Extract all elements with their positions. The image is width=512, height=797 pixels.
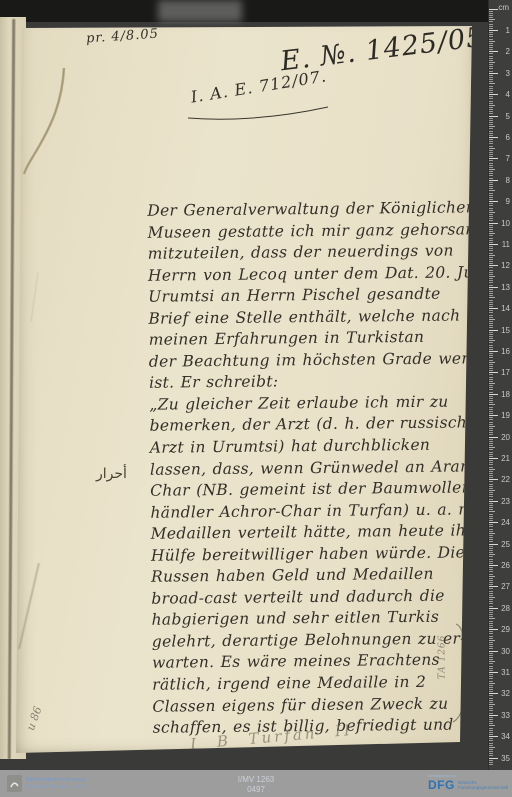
ruler-tick xyxy=(489,83,495,84)
ruler-tick xyxy=(489,287,498,288)
ruler-tick xyxy=(489,267,493,268)
ruler-tick xyxy=(489,325,493,326)
ruler-tick xyxy=(489,655,493,656)
ruler-tick xyxy=(489,321,493,322)
ruler-number: 12 xyxy=(501,261,510,270)
paper-crease xyxy=(31,272,39,322)
ruler-tick xyxy=(489,165,493,166)
ruler-tick xyxy=(489,702,493,703)
ruler-tick xyxy=(489,689,493,690)
ruler-tick xyxy=(489,550,493,551)
ruler-tick xyxy=(489,402,493,403)
ruler-tick xyxy=(489,633,493,634)
ruler-tick xyxy=(489,678,493,679)
ruler-tick xyxy=(489,342,493,343)
ruler-tick xyxy=(489,535,493,536)
ruler-tick xyxy=(489,616,493,617)
ruler-tick xyxy=(489,486,493,487)
ruler-tick xyxy=(489,507,493,508)
ruler-tick xyxy=(489,351,498,352)
ruler-tick xyxy=(489,377,493,378)
ruler-tick xyxy=(489,261,493,262)
ruler-tick xyxy=(489,368,493,369)
ruler-tick xyxy=(489,66,493,67)
ruler-tick xyxy=(489,434,493,435)
letter-line: Brief eine Stelle enthält, welche nach xyxy=(148,305,482,330)
ruler-tick xyxy=(489,462,493,463)
ruler-tick xyxy=(489,347,493,348)
ruler-scale: cm 1234567891011121314151617181920212223… xyxy=(488,0,512,770)
ruler-tick xyxy=(489,148,495,149)
ruler-tick xyxy=(489,693,498,694)
ruler-number: 9 xyxy=(506,197,510,206)
ruler-tick xyxy=(489,653,493,654)
ruler-tick xyxy=(489,531,493,532)
ruler-tick xyxy=(489,101,493,102)
ruler-tick xyxy=(489,244,498,245)
ruler-tick xyxy=(489,64,493,65)
ruler-tick xyxy=(489,732,493,733)
ruler-tick xyxy=(489,404,495,405)
ruler-tick xyxy=(489,274,493,275)
background-top-strip xyxy=(0,0,512,22)
letter-line: bemerken, der Arzt (d. h. der russische xyxy=(149,413,483,438)
ruler-number: 2 xyxy=(506,47,510,56)
ruler-tick xyxy=(489,565,498,566)
ruler-tick xyxy=(489,430,493,431)
ruler-tick xyxy=(489,315,493,316)
ruler-tick xyxy=(489,593,493,594)
ruler-tick xyxy=(489,666,493,667)
ruler-tick xyxy=(489,599,493,600)
ruler-tick xyxy=(489,509,493,510)
ruler-tick xyxy=(489,432,493,433)
ruler-tick xyxy=(489,188,493,189)
ruler-tick xyxy=(489,178,493,179)
ruler-tick xyxy=(489,19,495,20)
ruler-tick xyxy=(489,625,493,626)
ruler-tick xyxy=(489,464,493,465)
ruler-tick xyxy=(489,591,493,592)
ruler-tick xyxy=(489,522,498,523)
ruler-tick xyxy=(489,646,493,647)
ruler-tick xyxy=(489,190,495,191)
ruler-tick xyxy=(489,409,493,410)
letter-line: mitzuteilen, dass der neuerdings von xyxy=(148,240,482,265)
ruler-tick xyxy=(489,563,493,564)
ruler-tick xyxy=(489,608,498,609)
ruler-number: 5 xyxy=(506,112,510,121)
ruler-tick xyxy=(489,319,495,320)
ruler-tick xyxy=(489,53,493,54)
background-fabric-patch xyxy=(158,0,242,22)
ruler-tick xyxy=(489,345,493,346)
ruler-tick xyxy=(489,621,493,622)
ruler-tick xyxy=(489,426,495,427)
ruler-tick xyxy=(489,193,493,194)
ruler-tick xyxy=(489,11,493,12)
ruler-tick xyxy=(489,41,495,42)
ruler-tick xyxy=(489,381,493,382)
ruler-tick xyxy=(489,17,493,18)
ruler-tick xyxy=(489,400,493,401)
ruler-tick xyxy=(489,355,493,356)
ruler-tick xyxy=(489,103,493,104)
ruler-tick xyxy=(489,603,493,604)
ruler-tick xyxy=(489,597,495,598)
ruler-tick xyxy=(489,9,498,10)
ruler-tick xyxy=(489,28,493,29)
ruler-tick xyxy=(489,488,493,489)
binding-thread xyxy=(14,62,84,212)
ruler-tick xyxy=(489,469,495,470)
ruler-tick xyxy=(489,706,493,707)
ruler-tick xyxy=(489,43,493,44)
ruler-tick xyxy=(489,638,493,639)
ruler-tick xyxy=(489,353,493,354)
ruler-tick xyxy=(489,717,493,718)
ruler-tick xyxy=(489,285,493,286)
ruler-tick xyxy=(489,235,493,236)
ruler-tick xyxy=(489,629,498,630)
ruler-tick xyxy=(489,180,498,181)
ruler-tick xyxy=(489,753,493,754)
ruler-tick xyxy=(489,372,498,373)
ruler-tick xyxy=(489,336,493,337)
letter-page: pr. 4/8.05 E. №. 1425/05 I. A. E. 712/07… xyxy=(14,22,474,755)
ruler-tick xyxy=(489,627,493,628)
ruler-tick xyxy=(489,674,493,675)
ruler-number: 3 xyxy=(506,69,510,78)
ruler-tick xyxy=(489,588,493,589)
ruler-tick xyxy=(489,490,495,491)
ruler-tick xyxy=(489,308,498,309)
ruler-tick xyxy=(489,210,493,211)
ruler-tick xyxy=(489,152,493,153)
ruler-tick xyxy=(489,663,493,664)
ruler-tick xyxy=(489,60,493,61)
ruler-tick xyxy=(489,195,493,196)
ruler-tick xyxy=(489,291,493,292)
ruler-tick xyxy=(489,300,493,301)
ruler-tick xyxy=(489,651,498,652)
ruler-tick xyxy=(489,137,498,138)
ruler-tick xyxy=(489,683,495,684)
ruler-tick xyxy=(489,205,493,206)
ruler-tick xyxy=(489,30,498,31)
ruler-tick xyxy=(489,186,493,187)
ruler-tick xyxy=(489,86,493,87)
ruler-tick xyxy=(489,481,493,482)
ruler-tick xyxy=(489,295,493,296)
ruler-tick xyxy=(489,708,493,709)
ruler-tick xyxy=(489,496,493,497)
ruler-tick xyxy=(489,424,493,425)
ruler-tick xyxy=(489,182,493,183)
ruler-number: 1 xyxy=(506,26,510,35)
ruler-tick xyxy=(489,548,493,549)
ruler-tick xyxy=(489,443,493,444)
ruler-tick xyxy=(489,413,493,414)
ruler-tick xyxy=(489,411,493,412)
ruler-tick xyxy=(489,661,495,662)
ruler-tick xyxy=(489,499,493,500)
ruler-tick xyxy=(489,146,493,147)
ruler-tick xyxy=(489,139,493,140)
ruler-unit-label: cm xyxy=(498,3,509,12)
ruler-tick xyxy=(489,559,493,560)
ruler-tick xyxy=(489,238,493,239)
ruler-tick xyxy=(489,644,493,645)
ruler-tick xyxy=(489,428,493,429)
ruler-tick xyxy=(489,362,495,363)
ruler-tick xyxy=(489,567,493,568)
ruler-number: 33 xyxy=(501,711,510,720)
ruler-tick xyxy=(489,302,493,303)
ruler-tick xyxy=(489,392,493,393)
ruler-number: 13 xyxy=(501,283,510,292)
ruler-tick xyxy=(489,272,493,273)
shelfmark-block: I/MV 1263 0497 xyxy=(238,775,274,795)
ruler-tick xyxy=(489,173,493,174)
ruler-number: 27 xyxy=(501,582,510,591)
ruler-tick xyxy=(489,648,493,649)
ruler-tick xyxy=(489,441,493,442)
ruler-tick xyxy=(489,554,495,555)
ruler-tick xyxy=(489,526,493,527)
ruler-tick xyxy=(489,364,493,365)
ruler-tick xyxy=(489,218,493,219)
ruler-tick xyxy=(489,704,495,705)
ruler-tick xyxy=(489,98,493,99)
ruler-tick xyxy=(489,158,498,159)
ruler-number: 14 xyxy=(501,304,510,313)
ruler-tick xyxy=(489,13,493,14)
ruler-tick xyxy=(489,276,495,277)
ruler-number: 24 xyxy=(501,518,510,527)
ruler-tick xyxy=(489,45,493,46)
ruler-tick xyxy=(489,676,493,677)
reference-underline xyxy=(184,104,334,122)
ruler-tick xyxy=(489,58,493,59)
ruler-tick xyxy=(489,216,493,217)
ruler-tick xyxy=(489,516,493,517)
ruler-tick xyxy=(489,695,493,696)
ruler-tick xyxy=(489,51,498,52)
ruler-tick xyxy=(489,449,493,450)
ruler-tick xyxy=(489,332,493,333)
ruler-tick xyxy=(489,374,493,375)
ruler-tick xyxy=(489,118,493,119)
ruler-tick xyxy=(489,92,493,93)
ruler-tick xyxy=(489,128,493,129)
ruler-number: 16 xyxy=(501,347,510,356)
ruler-tick xyxy=(489,544,498,545)
ruler-number: 28 xyxy=(501,604,510,613)
ruler-tick xyxy=(489,240,493,241)
ruler-tick xyxy=(489,71,493,72)
letter-line: warten. Es wäre meines Erachtens xyxy=(152,650,486,675)
ruler-tick xyxy=(489,475,493,476)
ruler-tick xyxy=(489,255,495,256)
ruler-tick xyxy=(489,454,493,455)
ruler-number: 19 xyxy=(501,411,510,420)
letter-line: Der Generalverwaltung der Königlichen xyxy=(147,197,481,222)
ruler-tick xyxy=(489,250,493,251)
ruler-tick xyxy=(489,614,493,615)
ruler-tick xyxy=(489,220,493,221)
ruler-tick xyxy=(489,270,493,271)
pencil-note-left: u 86 xyxy=(24,705,45,733)
ruler-tick xyxy=(489,223,498,224)
ruler-tick xyxy=(489,212,495,213)
ruler-number: 25 xyxy=(501,540,510,549)
ruler-tick xyxy=(489,537,493,538)
ruler-tick xyxy=(489,293,493,294)
ruler-tick xyxy=(489,163,493,164)
ruler-tick xyxy=(489,764,493,765)
ruler-tick xyxy=(489,184,493,185)
ruler-tick xyxy=(489,561,493,562)
ruler-tick xyxy=(489,229,493,230)
ruler-number: 8 xyxy=(506,176,510,185)
ruler-tick xyxy=(489,56,493,57)
ruler-tick xyxy=(489,539,493,540)
ruler-tick xyxy=(489,492,493,493)
ruler-tick xyxy=(489,580,493,581)
page-number: 0497 xyxy=(238,785,274,795)
ruler-number: 15 xyxy=(501,326,510,335)
ruler-tick xyxy=(489,389,493,390)
ruler-tick xyxy=(489,503,493,504)
ruler-tick xyxy=(489,541,493,542)
ruler-tick xyxy=(489,734,493,735)
ruler-tick xyxy=(489,417,493,418)
ruler-tick xyxy=(489,88,493,89)
ruler-tick xyxy=(489,113,493,114)
ruler-number: 7 xyxy=(506,154,510,163)
margin-note-arabic: أحرار xyxy=(96,466,127,482)
ruler-tick xyxy=(489,640,495,641)
ruler-tick xyxy=(489,289,493,290)
ruler-tick xyxy=(489,15,493,16)
ruler-tick xyxy=(489,310,493,311)
ruler-tick xyxy=(489,546,493,547)
ruler-number: 10 xyxy=(501,219,510,228)
ruler-tick xyxy=(489,214,493,215)
ruler-tick xyxy=(489,760,493,761)
ruler-tick xyxy=(489,419,493,420)
ruler-tick xyxy=(489,150,493,151)
ruler-tick xyxy=(489,340,495,341)
funding-credit: Gefördert durch DFG Deutsche Forschungsg… xyxy=(428,773,508,791)
ruler-tick xyxy=(489,719,493,720)
ruler-tick xyxy=(489,366,493,367)
letter-lines: Der Generalverwaltung der KöniglichenMus… xyxy=(147,197,487,739)
ruler-tick xyxy=(489,445,493,446)
ruler-tick xyxy=(489,79,493,80)
ruler-tick xyxy=(489,415,498,416)
ruler-number: 11 xyxy=(502,240,510,249)
ruler-tick xyxy=(489,330,498,331)
letter-line: Medaillen verteilt hätte, man heute ihre xyxy=(151,520,485,545)
ruler-tick xyxy=(489,257,493,258)
ruler-tick xyxy=(489,304,493,305)
ruler-tick xyxy=(489,511,495,512)
ruler-number: 35 xyxy=(501,754,510,763)
ruler-tick xyxy=(489,323,493,324)
ruler-tick xyxy=(489,387,493,388)
ruler-tick xyxy=(489,26,493,27)
ruler-tick xyxy=(489,479,498,480)
ruler-tick xyxy=(489,135,493,136)
ruler-tick xyxy=(489,524,493,525)
ruler-tick xyxy=(489,94,498,95)
ruler-tick xyxy=(489,447,495,448)
ruler-tick xyxy=(489,610,493,611)
ruler-tick xyxy=(489,171,493,172)
pencil-bracket xyxy=(450,622,466,726)
ruler-tick xyxy=(489,160,493,161)
ruler-tick xyxy=(489,175,493,176)
ruler-tick xyxy=(489,394,498,395)
ruler-tick xyxy=(489,312,493,313)
ruler-tick xyxy=(489,107,493,108)
ruler-number: 32 xyxy=(501,689,510,698)
ruler-tick xyxy=(489,710,493,711)
ruler-tick xyxy=(489,49,493,50)
ruler-tick xyxy=(489,606,493,607)
ruler-tick xyxy=(489,456,493,457)
ruler-tick xyxy=(489,529,493,530)
ruler-tick xyxy=(489,62,495,63)
ruler-tick xyxy=(489,248,493,249)
ruler-tick xyxy=(489,36,493,37)
ruler-tick xyxy=(489,259,493,260)
ruler-tick xyxy=(489,396,493,397)
ruler-number: 29 xyxy=(501,625,510,634)
ruler-tick xyxy=(489,201,498,202)
dfg-name-line2: Forschungsgemeinschaft xyxy=(458,785,508,790)
ruler-tick xyxy=(489,327,493,328)
paper-crease xyxy=(18,563,39,649)
ruler-tick xyxy=(489,473,493,474)
ruler-tick xyxy=(489,203,493,204)
ruler-tick xyxy=(489,505,493,506)
ruler-number: 21 xyxy=(501,454,510,463)
ruler-tick xyxy=(489,571,493,572)
ruler-tick xyxy=(489,642,493,643)
pencil-note-right: TA 1266 xyxy=(437,635,447,680)
ruler-tick xyxy=(489,75,493,76)
ruler-tick xyxy=(489,143,493,144)
ruler-tick xyxy=(489,169,495,170)
ruler-tick xyxy=(489,278,493,279)
ruler-tick xyxy=(489,582,493,583)
ruler-tick xyxy=(489,458,498,459)
ruler-tick xyxy=(489,398,493,399)
ruler-tick xyxy=(489,47,493,48)
ruler-tick xyxy=(489,730,493,731)
ruler-tick xyxy=(489,77,493,78)
ruler-tick xyxy=(489,477,493,478)
ruler-tick xyxy=(489,618,495,619)
ruler-tick xyxy=(489,657,493,658)
ruler-number: 6 xyxy=(506,133,510,142)
ruler-tick xyxy=(489,246,493,247)
shelfmark: I/MV 1263 xyxy=(238,775,274,785)
ruler-tick xyxy=(489,306,493,307)
